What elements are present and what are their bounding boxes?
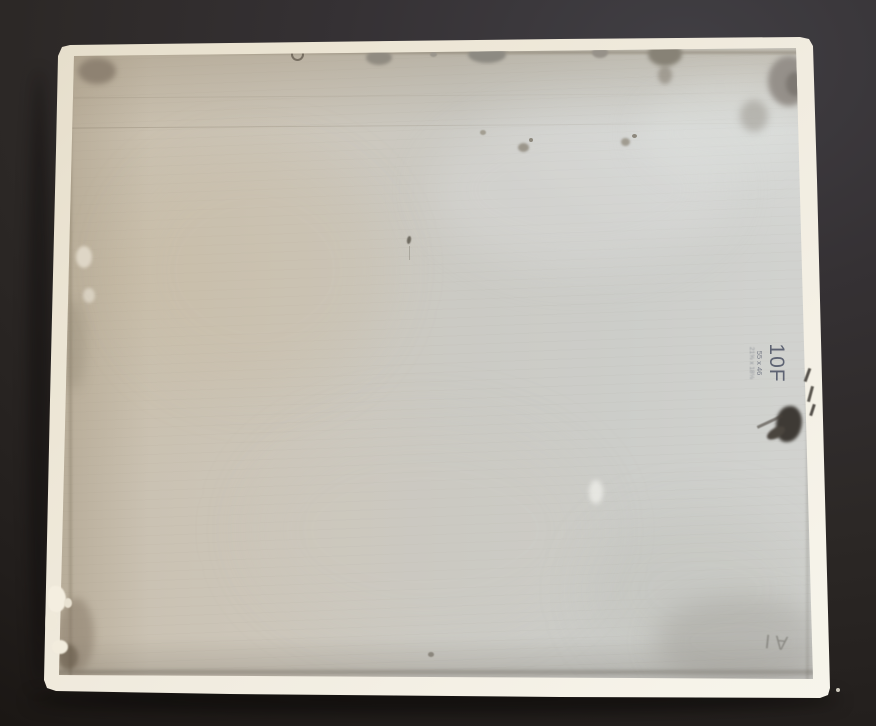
scuff-right-edge-2 xyxy=(807,386,814,402)
chip-rim-bottom-left-3 xyxy=(52,640,68,654)
scuff-right-edge-3 xyxy=(809,404,816,416)
rim-markings xyxy=(0,0,876,726)
fleck-on-surface xyxy=(836,688,840,692)
chip-rim-bottom-left-4 xyxy=(64,598,72,608)
chip-rim-bottom-left-2 xyxy=(44,612,57,630)
photo-scene: 10F 55 x 46 21⅝ x 18⅛ AI xyxy=(0,0,876,726)
scuff-right-edge-1 xyxy=(804,368,812,382)
chip-rim-bottom-left-1 xyxy=(48,586,66,612)
